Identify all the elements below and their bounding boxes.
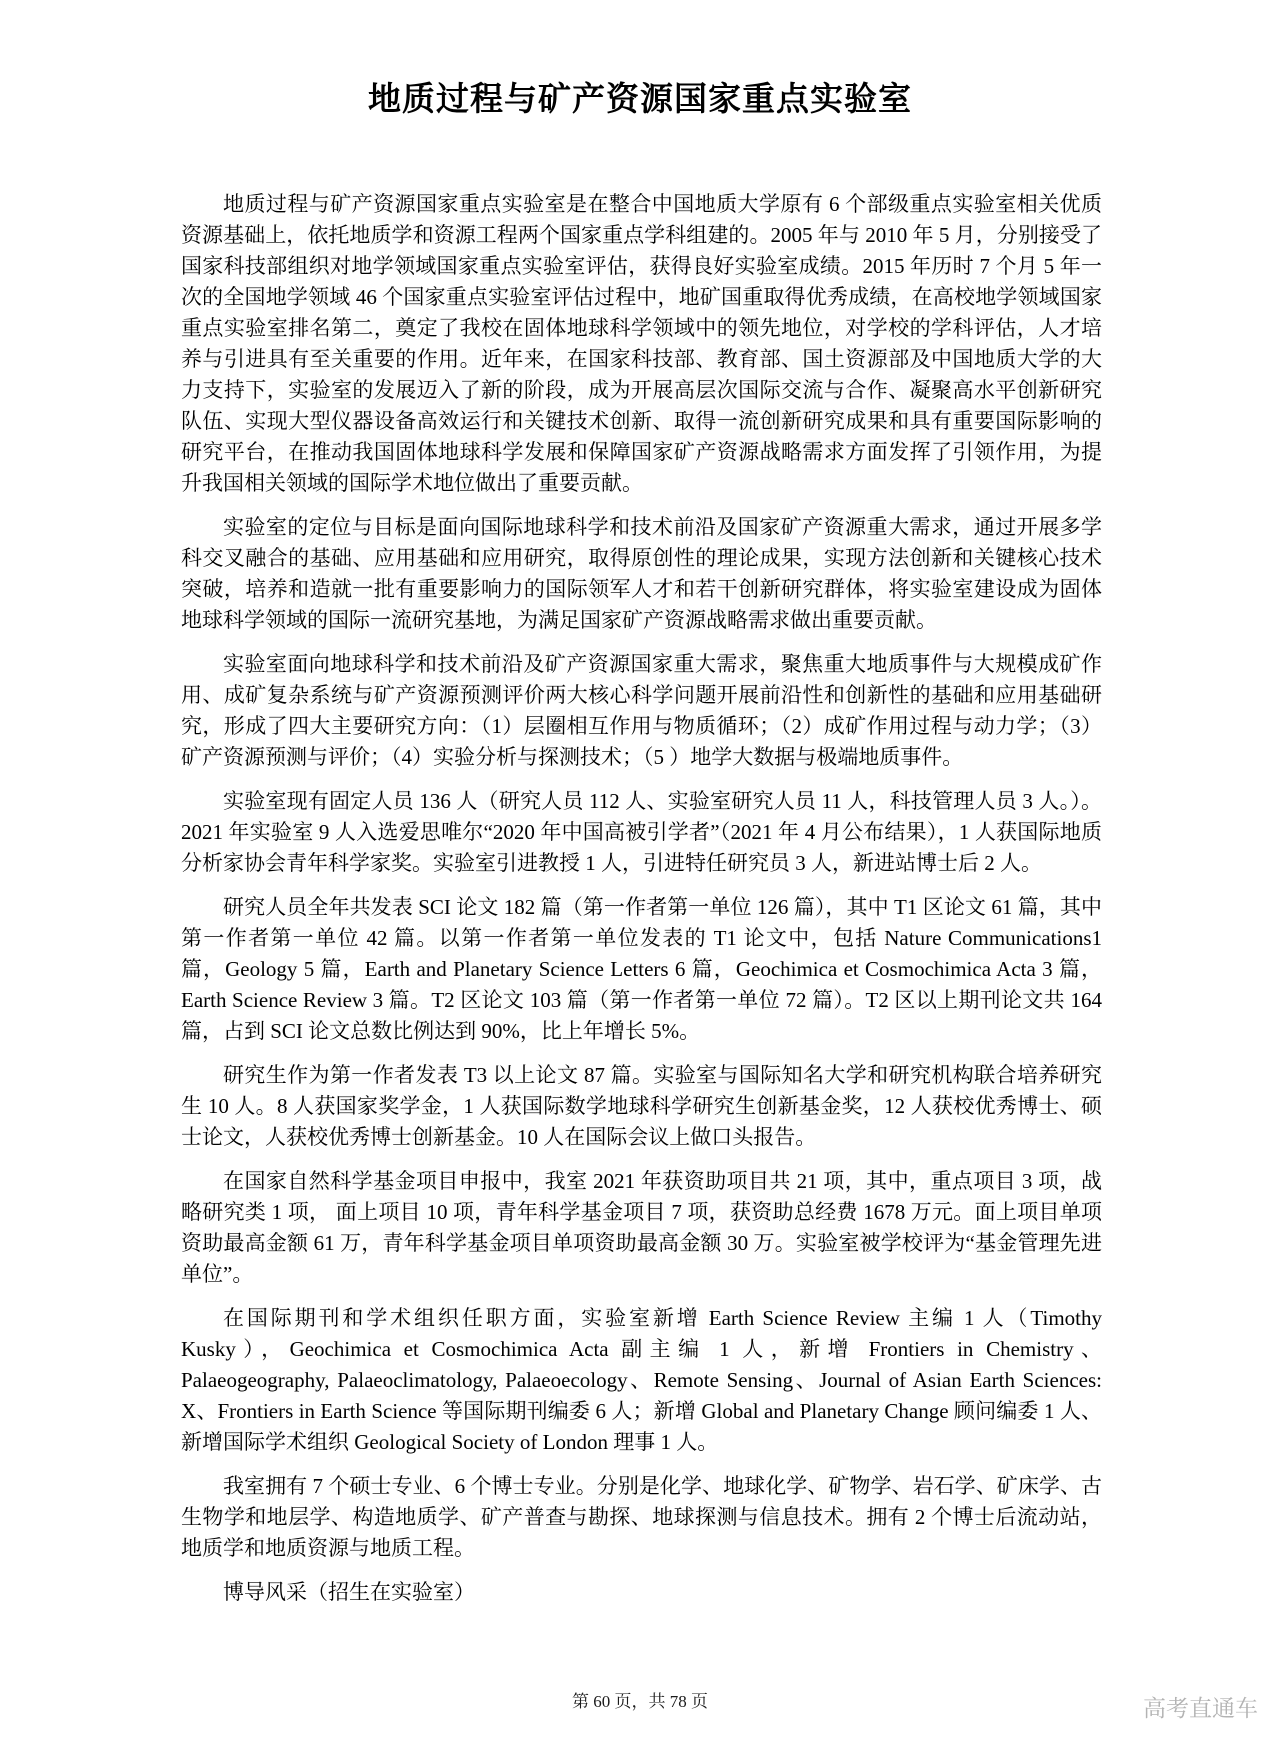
paragraph-journal-positions: 在国际期刊和学术组织任职方面，实验室新增 Earth Science Revie…: [181, 1303, 1102, 1458]
paragraph-personnel: 实验室现有固定人员 136 人（研究人员 112 人、实验室研究人员 11 人，…: [181, 786, 1102, 879]
page-number: 第 60 页，共 78 页: [572, 1692, 708, 1711]
paragraph-lab-overview: 地质过程与矿产资源国家重点实验室是在整合中国地质大学原有 6 个部级重点实验室相…: [181, 189, 1102, 499]
paragraph-nsfc-funding: 在国家自然科学基金项目申报中，我室 2021 年获资助项目共 21 项，其中，重…: [181, 1166, 1102, 1290]
paragraph-position-goals: 实验室的定位与目标是面向国际地球科学和技术前沿及国家矿产资源重大需求，通过开展多…: [181, 512, 1102, 636]
watermark-gaokao-zhitongche: 高考直通车: [1143, 1694, 1258, 1722]
page-footer: 第 60 页，共 78 页: [0, 1690, 1280, 1714]
page-title: 地质过程与矿产资源国家重点实验室: [0, 78, 1280, 120]
paragraph-degree-programs: 我室拥有 7 个硕士专业、6 个博士专业。分别是化学、地球化学、矿物学、岩石学、…: [181, 1471, 1102, 1564]
paragraph-sci-papers: 研究人员全年共发表 SCI 论文 182 篇（第一作者第一单位 126 篇），其…: [181, 892, 1102, 1047]
document-body: 地质过程与矿产资源国家重点实验室是在整合中国地质大学原有 6 个部级重点实验室相…: [181, 189, 1102, 1608]
paragraph-supervisors-heading: 博导风采（招生在实验室）: [181, 1577, 1102, 1608]
paragraph-graduate-students: 研究生作为第一作者发表 T3 以上论文 87 篇。实验室与国际知名大学和研究机构…: [181, 1060, 1102, 1153]
document-page: 地质过程与矿产资源国家重点实验室 地质过程与矿产资源国家重点实验室是在整合中国地…: [0, 0, 1280, 1749]
paragraph-research-directions: 实验室面向地球科学和技术前沿及矿产资源国家重大需求，聚焦重大地质事件与大规模成矿…: [181, 649, 1102, 773]
